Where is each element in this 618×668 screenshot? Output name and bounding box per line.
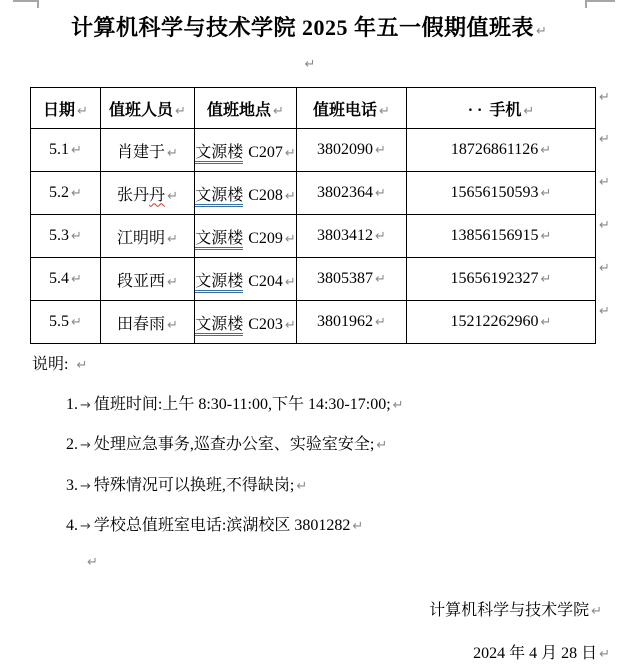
paragraph-mark-icon: ↵ bbox=[285, 275, 296, 290]
paragraph-mark-icon: ↵ bbox=[77, 104, 88, 119]
header-row: 日期↵ 值班人员↵ 值班地点↵ 值班电话↵ ··手机↵ bbox=[31, 88, 596, 129]
cell-person: 江明明↵ bbox=[101, 215, 195, 258]
note-item-1: 1.→值班时间:上午 8:30-11:00,下午 14:30-17:00;↵ bbox=[66, 391, 404, 414]
header-label: 值班人员 bbox=[109, 102, 173, 119]
header-label: 值班地点 bbox=[207, 102, 271, 119]
paragraph-mark-icon: ↵ bbox=[541, 229, 552, 244]
paragraph-mark-icon: ↵ bbox=[167, 275, 178, 290]
text-boundary-corner-left-icon bbox=[13, 0, 39, 8]
paragraph-mark-icon: ↵ bbox=[375, 315, 386, 330]
cell-mobile: 15656150593↵ bbox=[407, 172, 596, 215]
tab-mark-icon: → bbox=[80, 479, 91, 494]
cell-person: 张丹丹↵ bbox=[101, 172, 195, 215]
cell-date: 5.3↵ bbox=[31, 215, 101, 258]
paragraph-mark-icon: ↵ bbox=[393, 398, 404, 413]
table-row: 5.2↵ 张丹丹↵ 文源楼C208↵ 3802364↵ 15656150593↵ bbox=[31, 172, 596, 215]
grammar-underline: 文源楼 bbox=[195, 273, 243, 293]
header-label: 日期 bbox=[43, 102, 75, 119]
grammar-underline: 文源楼 bbox=[195, 316, 243, 336]
paragraph-mark-icon: ↵ bbox=[352, 519, 363, 534]
paragraph-mark-icon: ↵ bbox=[167, 189, 178, 204]
header-label: 值班电话 bbox=[313, 102, 377, 119]
paragraph-mark-icon: ↵ bbox=[76, 358, 87, 373]
tab-mark-icon: → bbox=[80, 519, 91, 534]
table-row: 5.3↵ 江明明↵ 文源楼C209↵ 3803412↵ 13856156915↵ bbox=[31, 215, 596, 258]
cell-location: 文源楼C208↵ bbox=[195, 172, 297, 215]
paragraph-mark-icon: ↵ bbox=[285, 146, 296, 161]
tab-mark-icon: → bbox=[80, 398, 91, 413]
header-cell-location: 值班地点↵ bbox=[195, 88, 297, 129]
cell-date: 5.4↵ bbox=[31, 258, 101, 301]
spellcheck-underline: 丹 bbox=[149, 187, 165, 204]
cell-location: 文源楼C203↵ bbox=[195, 301, 297, 344]
empty-paragraph: ↵ bbox=[85, 553, 98, 571]
paragraph-mark-icon: ↵ bbox=[375, 229, 386, 244]
paragraph-mark-icon: ↵ bbox=[376, 438, 387, 453]
cell-person: 肖建于↵ bbox=[101, 129, 195, 172]
row-end-mark-icon: ↵ bbox=[599, 132, 610, 147]
cell-mobile: 15656192327↵ bbox=[407, 258, 596, 301]
paragraph-mark-icon: ↵ bbox=[375, 186, 386, 201]
note-number: 2. bbox=[66, 436, 78, 453]
empty-paragraph: ↵ bbox=[0, 55, 618, 73]
row-end-mark-icon: ↵ bbox=[599, 261, 610, 276]
cell-date: 5.1↵ bbox=[31, 129, 101, 172]
note-number: 4. bbox=[66, 517, 78, 534]
header-cell-phone: 值班电话↵ bbox=[297, 88, 407, 129]
paragraph-mark-icon: ↵ bbox=[285, 318, 296, 333]
page-title-text: 计算机科学与技术学院 2025 年五一假期值班表 bbox=[71, 15, 534, 40]
header-cell-person: 值班人员↵ bbox=[101, 88, 195, 129]
paragraph-mark-icon: ↵ bbox=[273, 104, 284, 119]
footer-organization: 计算机科学与技术学院↵ bbox=[429, 597, 602, 620]
cell-person: 段亚西↵ bbox=[101, 258, 195, 301]
paragraph-mark-icon: ↵ bbox=[71, 272, 82, 287]
paragraph-mark-icon: ↵ bbox=[285, 189, 296, 204]
paragraph-mark-icon: ↵ bbox=[541, 186, 552, 201]
cell-phone: 3802364↵ bbox=[297, 172, 407, 215]
paragraph-mark-icon: ↵ bbox=[540, 143, 551, 158]
paragraph-mark-icon: ↵ bbox=[71, 143, 82, 158]
cell-location: 文源楼C204↵ bbox=[195, 258, 297, 301]
footer-date: 2024 年 4 月 28 日↵ bbox=[473, 640, 610, 663]
cell-phone: 3803412↵ bbox=[297, 215, 407, 258]
paragraph-mark-icon: ↵ bbox=[87, 555, 98, 570]
paragraph-mark-icon: ↵ bbox=[175, 104, 186, 119]
text-boundary-corner-right-icon bbox=[585, 0, 615, 8]
row-end-mark-icon: ↵ bbox=[599, 175, 610, 190]
note-text: 值班时间:上午 8:30-11:00,下午 14:30-17:00; bbox=[94, 396, 391, 413]
cell-location: 文源楼C209↵ bbox=[195, 215, 297, 258]
space-marks-icon: ·· bbox=[468, 102, 487, 119]
paragraph-mark-icon: ↵ bbox=[379, 104, 390, 119]
paragraph-mark-icon: ↵ bbox=[296, 479, 307, 494]
grammar-underline: 文源楼 bbox=[195, 144, 243, 164]
cell-mobile: 18726861126↵ bbox=[407, 129, 596, 172]
paragraph-mark-icon: ↵ bbox=[71, 186, 82, 201]
grammar-underline: 文源楼 bbox=[195, 230, 243, 250]
note-number: 1. bbox=[66, 396, 78, 413]
paragraph-mark-icon: ↵ bbox=[599, 647, 610, 662]
paragraph-mark-icon: ↵ bbox=[541, 315, 552, 330]
paragraph-mark-icon: ↵ bbox=[591, 604, 602, 619]
paragraph-mark-icon: ↵ bbox=[285, 232, 296, 247]
paragraph-mark-icon: ↵ bbox=[167, 232, 178, 247]
cell-mobile: 13856156915↵ bbox=[407, 215, 596, 258]
note-text: 处理应急事务,巡查办公室、实验室安全; bbox=[94, 436, 374, 453]
paragraph-mark-icon: ↵ bbox=[71, 229, 82, 244]
paragraph-mark-icon: ↵ bbox=[523, 104, 534, 119]
cell-date: 5.5↵ bbox=[31, 301, 101, 344]
row-end-mark-icon: ↵ bbox=[599, 218, 610, 233]
header-cell-date: 日期↵ bbox=[31, 88, 101, 129]
note-number: 3. bbox=[66, 477, 78, 494]
cell-phone: 3805387↵ bbox=[297, 258, 407, 301]
paragraph-mark-icon: ↵ bbox=[167, 146, 178, 161]
cell-location: 文源楼C207↵ bbox=[195, 129, 297, 172]
note-text: 特殊情况可以换班,不得缺岗; bbox=[94, 477, 294, 494]
cell-mobile: 15212262960↵ bbox=[407, 301, 596, 344]
duty-roster-table: 日期↵ 值班人员↵ 值班地点↵ 值班电话↵ ··手机↵ 5.1↵ 肖建于↵ 文源… bbox=[30, 87, 596, 344]
cell-phone: 3802090↵ bbox=[297, 129, 407, 172]
grammar-underline: 文源楼 bbox=[195, 187, 243, 207]
header-label: 手机 bbox=[489, 102, 521, 119]
paragraph-mark-icon: ↵ bbox=[375, 143, 386, 158]
cell-person: 田春雨↵ bbox=[101, 301, 195, 344]
paragraph-mark-icon: ↵ bbox=[167, 318, 178, 333]
paragraph-mark-icon: ↵ bbox=[71, 315, 82, 330]
paragraph-mark-icon: ↵ bbox=[305, 57, 316, 72]
paragraph-mark-icon: ↵ bbox=[541, 272, 552, 287]
cell-phone: 3801962↵ bbox=[297, 301, 407, 344]
table-row: 5.4↵ 段亚西↵ 文源楼C204↵ 3805387↵ 15656192327↵ bbox=[31, 258, 596, 301]
tab-mark-icon: → bbox=[80, 438, 91, 453]
table-row: 5.5↵ 田春雨↵ 文源楼C203↵ 3801962↵ 15212262960↵ bbox=[31, 301, 596, 344]
table-row: 5.1↵ 肖建于↵ 文源楼C207↵ 3802090↵ 18726861126↵ bbox=[31, 129, 596, 172]
note-item-2: 2.→处理应急事务,巡查办公室、实验室安全;↵ bbox=[66, 431, 387, 454]
note-text: 学校总值班室电话:滨湖校区 3801282 bbox=[94, 517, 350, 534]
paragraph-mark-icon: ↵ bbox=[375, 272, 386, 287]
cell-date: 5.2↵ bbox=[31, 172, 101, 215]
header-cell-mobile: ··手机↵ bbox=[407, 88, 596, 129]
paragraph-mark-icon: ↵ bbox=[536, 24, 547, 39]
page-title: 计算机科学与技术学院 2025 年五一假期值班表↵ bbox=[0, 11, 618, 42]
note-item-3: 3.→特殊情况可以换班,不得缺岗;↵ bbox=[66, 472, 307, 495]
row-end-mark-icon: ↵ bbox=[599, 90, 610, 105]
row-end-mark-icon: ↵ bbox=[599, 304, 610, 319]
note-item-4: 4.→学校总值班室电话:滨湖校区 3801282↵ bbox=[66, 512, 363, 535]
document-page: 计算机科学与技术学院 2025 年五一假期值班表↵ ↵ 日期↵ 值班人员↵ 值班… bbox=[0, 0, 618, 668]
notes-heading: 说明:↵ bbox=[32, 351, 87, 374]
